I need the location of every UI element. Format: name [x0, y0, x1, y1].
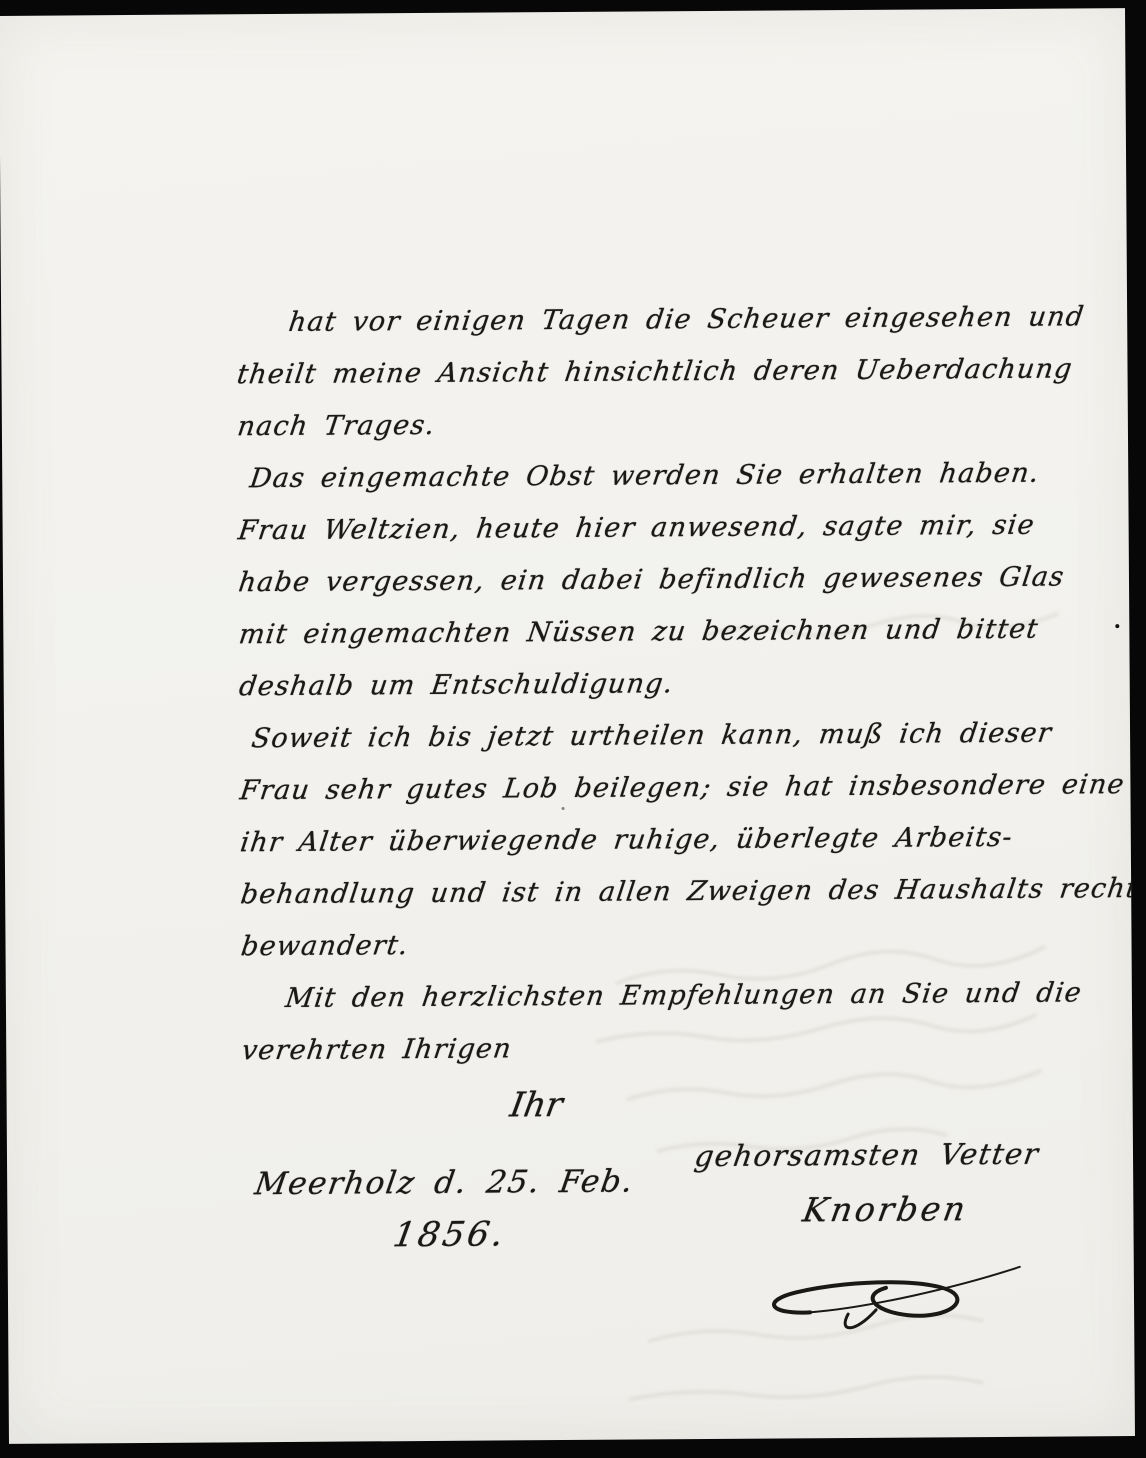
- valediction: Ihr: [234, 1071, 1129, 1137]
- paper-sheet: hat vor einigen Tagen die Scheuer einges…: [0, 8, 1135, 1444]
- signature-flourish: [748, 1249, 1029, 1341]
- closing-line: verehrten Ihrigen: [238, 1019, 1130, 1077]
- signature-role-line: gehorsamsten Vetter: [692, 1136, 1117, 1173]
- letter-line: Frau Weltzien, heute hier anwesend, sagt…: [235, 499, 1127, 557]
- letter-line: Soweit ich bis jetzt urtheilen kann, muß…: [236, 707, 1128, 765]
- signature-block: gehorsamsten Vetter Knorben: [695, 1136, 1116, 1230]
- letter-body: hat vor einigen Tagen die Scheuer einges…: [233, 291, 1124, 1137]
- letter-line: nach Trages.: [234, 395, 1126, 453]
- letter-line: deshalb um Entschuldigung.: [236, 655, 1128, 713]
- letter-line: Frau sehr gutes Lob beilegen; sie hat in…: [237, 759, 1129, 817]
- letter-line: bewandert.: [238, 915, 1130, 973]
- signature-name: Knorben: [800, 1188, 1119, 1229]
- letter-line: ihr Alter überwiegende ruhige, überlegte…: [237, 811, 1129, 869]
- scan-speck: [562, 807, 565, 810]
- letter-line: habe vergessen, ein dabei befindlich gew…: [235, 551, 1127, 609]
- date-year: 1856.: [390, 1214, 637, 1256]
- closing-line: Mit den herzlichsten Empfehlungen an Sie…: [238, 967, 1130, 1025]
- letter-line: theilt meine Ansicht hinsichtlich deren …: [234, 343, 1126, 401]
- letter-line: hat vor einigen Tagen die Scheuer einges…: [233, 291, 1125, 349]
- letter-line: mit eingemachten Nüssen zu bezeichnen un…: [236, 603, 1128, 661]
- scan-speck: [1115, 624, 1119, 628]
- scanned-letter-page: hat vor einigen Tagen die Scheuer einges…: [0, 0, 1146, 1458]
- letter-line: Das eingemachte Obst werden Sie erhalten…: [234, 447, 1126, 505]
- letter-line: behandlung und ist in allen Zweigen des …: [237, 863, 1129, 921]
- place-and-date: Meerholz d. 25. Feb.: [252, 1164, 636, 1203]
- dateline: Meerholz d. 25. Feb. 1856.: [255, 1164, 634, 1257]
